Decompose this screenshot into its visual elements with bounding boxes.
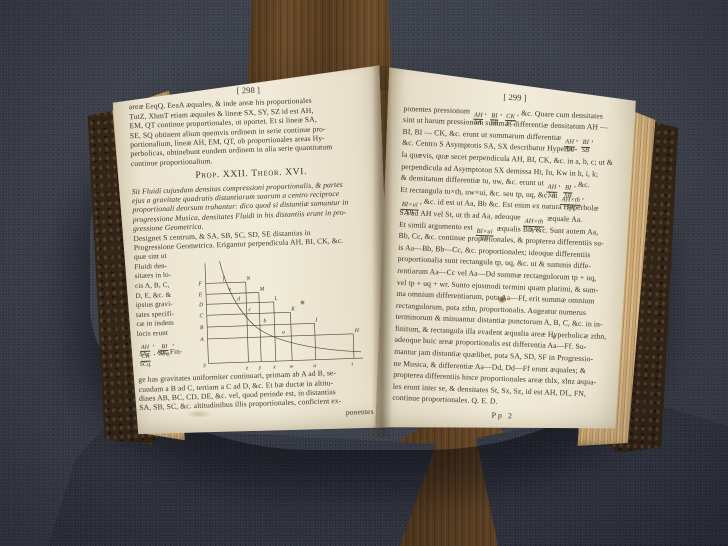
geometry-diagram: S F E D C B A N M L K I H f e d c b a z bbox=[190, 245, 378, 373]
figure-row: quæ sint utFluidi den-sitates in lo-cis … bbox=[134, 245, 378, 375]
axis-SF bbox=[205, 264, 208, 364]
diagram-label: K bbox=[290, 307, 295, 313]
paragraph-areae: areæ EeqQ, EeaA æquales, & inde areæ his… bbox=[129, 94, 371, 168]
paragraph-finge: ge has gravitates uniformiter continuari… bbox=[138, 367, 379, 413]
diagram-label: A bbox=[199, 337, 204, 343]
diagram-label: t bbox=[351, 362, 353, 368]
diagram-label: D bbox=[198, 303, 203, 309]
diagram-label: E bbox=[198, 293, 203, 299]
asymptote-SX bbox=[208, 358, 363, 363]
diagram-label: a bbox=[282, 330, 285, 336]
diagram-label: e bbox=[229, 287, 232, 293]
figure-side-column: quæ sint utFluidi den-sitates in lo-cis … bbox=[134, 251, 194, 375]
diagram-label: M bbox=[259, 287, 265, 293]
proposition-statement: Sit Fluidi cujusdam densitas compression… bbox=[132, 178, 373, 233]
book-gutter bbox=[372, 66, 392, 438]
diagram-label: b bbox=[263, 319, 266, 325]
diagram-label: L bbox=[273, 296, 277, 302]
diagram-label: B bbox=[200, 325, 204, 331]
diagram-label: H bbox=[354, 328, 360, 334]
diagram-label: N bbox=[245, 276, 251, 282]
diagram-label: C bbox=[199, 313, 203, 319]
diagram-label: d bbox=[237, 297, 240, 303]
fraction: CKSCq. bbox=[138, 354, 152, 368]
diagram-label-S: S bbox=[203, 363, 206, 369]
diagram-label: c bbox=[248, 307, 251, 313]
text-line: CKSCq., &c. Fin- bbox=[137, 347, 193, 359]
diagram-label: F bbox=[197, 282, 202, 288]
right-page-body: ponentes pressionum AHSA, BISB, CKSC, &c… bbox=[392, 103, 625, 413]
left-page: [ 298 ] areæ EeqQ, EeaA æquales, & inde … bbox=[112, 65, 393, 440]
fraction: BISB bbox=[581, 140, 591, 155]
right-page: [ 299 ] ponentes pressionum AHSA, BISB, … bbox=[375, 67, 637, 440]
diagram-label: I bbox=[314, 318, 318, 324]
hyperbola-curve bbox=[219, 257, 361, 357]
